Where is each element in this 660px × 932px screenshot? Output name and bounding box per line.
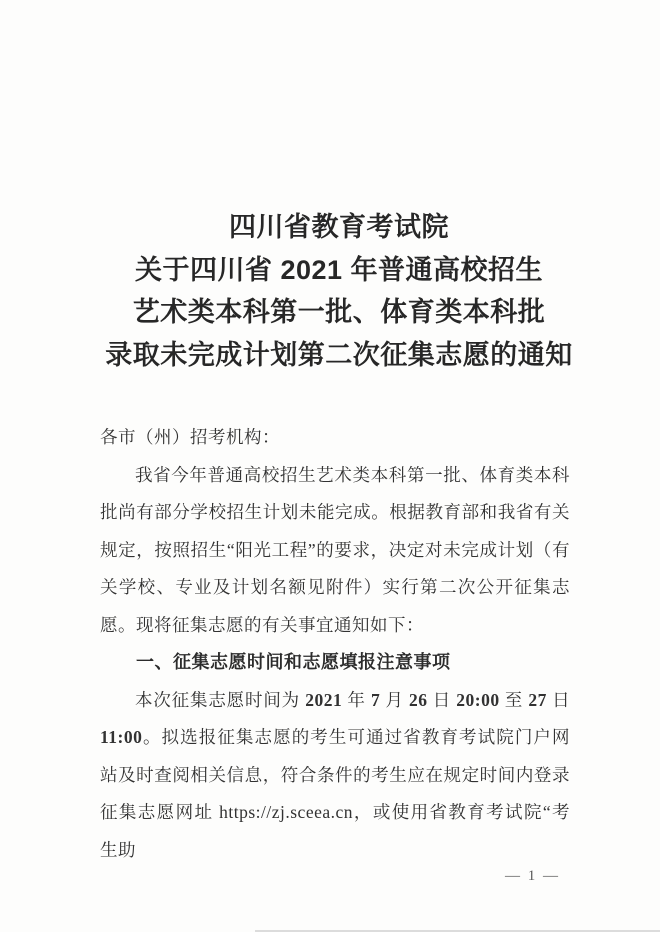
start-time-value: 20:00	[456, 690, 499, 710]
document-title: 四川省教育考试院 关于四川省 2021 年普通高校招生 艺术类本科第一批、体育类…	[100, 206, 578, 376]
page-number: — 1 —	[460, 868, 605, 885]
paragraph-schedule: 本次征集志愿时间为 2021 年 7 月 26 日 20:00 至 27 日 1…	[100, 682, 570, 870]
text-segment: 本次征集志愿时间为	[135, 690, 305, 710]
title-line-2: 关于四川省 2021 年普通高校招生	[100, 249, 578, 292]
end-day-value: 27	[528, 690, 547, 710]
document-body: 各市（州）招考机构： 我省今年普通高校招生艺术类本科第一批、体育类本科批尚有部分…	[100, 419, 570, 869]
month-value: 7	[371, 690, 380, 710]
title-line-1: 四川省教育考试院	[100, 206, 578, 249]
paragraph-intro: 我省今年普通高校招生艺术类本科第一批、体育类本科批尚有部分学校招生计划未能完成。…	[100, 457, 570, 645]
day-value: 26	[409, 690, 428, 710]
text-segment: 日	[547, 690, 570, 710]
application-url-text: https://zj.sceea.cn	[219, 802, 353, 822]
salutation: 各市（州）招考机构：	[100, 419, 570, 457]
section-heading: 一、征集志愿时间和志愿填报注意事项	[100, 644, 570, 682]
text-segment: 日	[428, 690, 457, 710]
document-page: 四川省教育考试院 关于四川省 2021 年普通高校招生 艺术类本科第一批、体育类…	[0, 0, 660, 932]
title-line-3: 艺术类本科第一批、体育类本科批	[100, 291, 578, 334]
year-value: 2021	[305, 690, 342, 710]
text-segment: 至	[500, 690, 529, 710]
end-time-value: 11:00	[100, 727, 142, 747]
text-segment: 年	[342, 690, 371, 710]
title-line-4: 录取未完成计划第二次征集志愿的通知	[100, 334, 578, 377]
text-segment: 月	[380, 690, 409, 710]
